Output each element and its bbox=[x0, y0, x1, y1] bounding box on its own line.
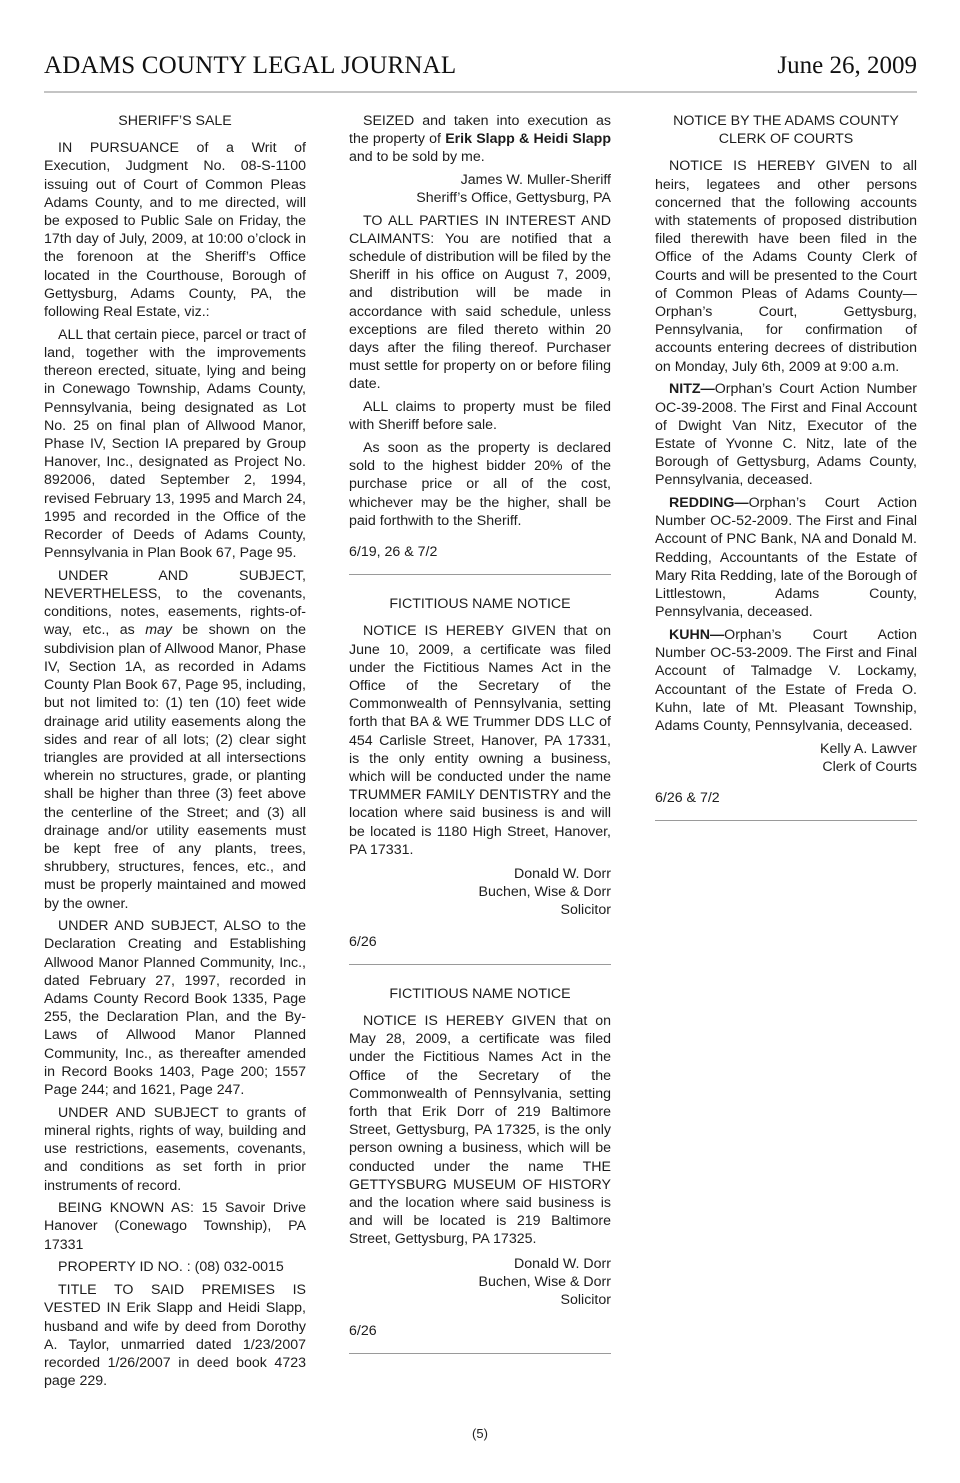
sheriff-sale-paragraph: SEIZED and taken into execution as the p… bbox=[349, 112, 611, 167]
estate-name: REDDING— bbox=[669, 495, 749, 511]
solicitor-signature: Donald W. Dorr Buchen, Wise & Dorr Solic… bbox=[349, 1255, 611, 1310]
issue-date: June 26, 2009 bbox=[777, 52, 917, 80]
sheriff-sale-heading: SHERIFF’S SALE bbox=[44, 112, 306, 130]
notice-divider bbox=[349, 964, 611, 965]
notice-divider bbox=[349, 574, 611, 575]
page-number: (5) bbox=[0, 1426, 960, 1441]
column-3: NOTICE BY THE ADAMS COUNTY CLERK OF COUR… bbox=[655, 112, 917, 841]
signature-name: Donald W. Dorr bbox=[349, 865, 611, 883]
property-id: PROPERTY ID NO. : (08) 032-0015 bbox=[44, 1258, 306, 1276]
sheriff-sale-paragraph: ALL claims to property must be filed wit… bbox=[349, 398, 611, 434]
signature-name: Donald W. Dorr bbox=[349, 1255, 611, 1273]
fictitious-name-heading: FICTITIOUS NAME NOTICE bbox=[349, 985, 611, 1003]
entry-text: Orphan’s Court Action Number OC-53-2009.… bbox=[655, 627, 917, 734]
estate-name: NITZ— bbox=[669, 381, 715, 397]
text-span: and to be sold by me. bbox=[349, 149, 485, 165]
sheriff-sale-paragraph: TITLE TO SAID PREMISES IS VESTED IN Erik… bbox=[44, 1281, 306, 1390]
notice-divider bbox=[349, 1353, 611, 1354]
italic-text: may bbox=[145, 622, 172, 638]
entry-text: Orphan’s Court Action Number OC-52-2009.… bbox=[655, 495, 917, 620]
clerk-signature: Kelly A. Lawver Clerk of Courts bbox=[655, 740, 917, 776]
estate-account-entry: KUHN—Orphan’s Court Action Number OC-53-… bbox=[655, 626, 917, 735]
sheriff-sale-paragraph: UNDER AND SUBJECT to grants of mineral r… bbox=[44, 1104, 306, 1195]
column-2: SEIZED and taken into execution as the p… bbox=[349, 112, 611, 1374]
signature-name: James W. Muller-Sheriff bbox=[349, 171, 611, 189]
heading-line: NOTICE BY THE ADAMS COUNTY bbox=[655, 112, 917, 130]
fictitious-name-heading: FICTITIOUS NAME NOTICE bbox=[349, 595, 611, 613]
sheriff-sale-paragraph: IN PURSUANCE of a Writ of Execution, Jud… bbox=[44, 139, 306, 321]
run-dates: 6/26 bbox=[349, 1322, 611, 1340]
masthead-divider bbox=[44, 91, 917, 93]
sheriff-sale-paragraph: UNDER AND SUBJECT, NEVERTHELESS, to the … bbox=[44, 567, 306, 913]
signature-firm: Buchen, Wise & Dorr bbox=[349, 883, 611, 901]
clerk-notice-heading: NOTICE BY THE ADAMS COUNTY CLERK OF COUR… bbox=[655, 112, 917, 148]
estate-account-entry: NITZ—Orphan’s Court Action Number OC-39-… bbox=[655, 380, 917, 489]
entry-text: Orphan’s Court Action Number OC-39-2008.… bbox=[655, 381, 917, 488]
sheriff-sale-paragraph: UNDER AND SUBJECT, ALSO to the Declarati… bbox=[44, 917, 306, 1099]
bold-defendant-names: Erik Slapp & Heidi Slapp bbox=[445, 131, 611, 147]
signature-role: Solicitor bbox=[349, 1291, 611, 1309]
signature-firm: Buchen, Wise & Dorr bbox=[349, 1273, 611, 1291]
clerk-notice-intro: NOTICE IS HEREBY GIVEN to all heirs, leg… bbox=[655, 157, 917, 375]
sheriff-sale-paragraph: TO ALL PARTIES IN INTEREST AND CLAIMANTS… bbox=[349, 212, 611, 394]
run-dates: 6/26 bbox=[349, 933, 611, 951]
signature-role: Solicitor bbox=[349, 901, 611, 919]
notice-divider bbox=[655, 820, 917, 821]
solicitor-signature: Donald W. Dorr Buchen, Wise & Dorr Solic… bbox=[349, 865, 611, 920]
property-address: BEING KNOWN AS: 15 Savoir Drive Hanover … bbox=[44, 1199, 306, 1254]
column-1: SHERIFF’S SALE IN PURSUANCE of a Writ of… bbox=[44, 112, 306, 1395]
signature-name: Kelly A. Lawver bbox=[655, 740, 917, 758]
sheriff-signature: James W. Muller-Sheriff Sheriff’s Office… bbox=[349, 171, 611, 207]
sheriff-sale-paragraph: As soon as the property is declared sold… bbox=[349, 439, 611, 530]
text-span: be shown on the subdivision plan of Allw… bbox=[44, 622, 306, 911]
masthead: ADAMS COUNTY LEGAL JOURNAL June 26, 2009 bbox=[44, 52, 917, 88]
fictitious-name-body: NOTICE IS HEREBY GIVEN that on May 28, 2… bbox=[349, 1012, 611, 1249]
signature-office: Sheriff’s Office, Gettysburg, PA bbox=[349, 189, 611, 207]
run-dates: 6/26 & 7/2 bbox=[655, 789, 917, 807]
fictitious-name-body: NOTICE IS HEREBY GIVEN that on June 10, … bbox=[349, 622, 611, 859]
sheriff-sale-paragraph: ALL that certain piece, parcel or tract … bbox=[44, 326, 306, 563]
estate-account-entry: REDDING—Orphan’s Court Action Number OC-… bbox=[655, 494, 917, 621]
journal-title: ADAMS COUNTY LEGAL JOURNAL bbox=[44, 52, 456, 80]
heading-line: CLERK OF COURTS bbox=[655, 130, 917, 148]
run-dates: 6/19, 26 & 7/2 bbox=[349, 543, 611, 561]
signature-role: Clerk of Courts bbox=[655, 758, 917, 776]
estate-name: KUHN— bbox=[669, 627, 724, 643]
